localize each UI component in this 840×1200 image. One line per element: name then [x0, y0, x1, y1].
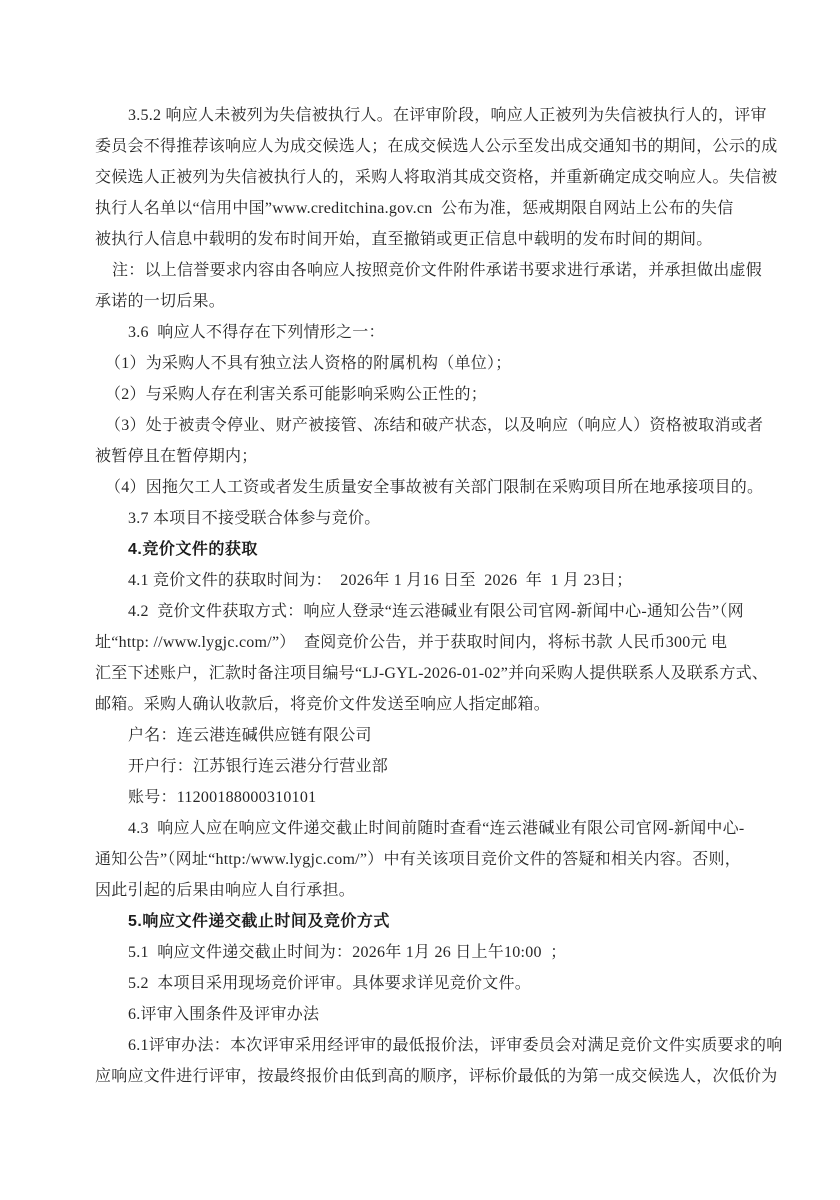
text-line: 通知公告”（网址“http:/www.lygjc.com/”）中有关该项目竞价文…	[95, 844, 744, 875]
text-line: （4）因拖欠工人工资或者发生质量安全事故被有关部门限制在采购项目所在地承接项目的…	[95, 472, 744, 503]
text-line: 应响应文件进行评审，按最终报价由低到高的顺序，评标价最低的为第一成交候选人，次低…	[95, 1061, 744, 1092]
text-line: 3.6 响应人不得存在下列情形之一：	[95, 317, 744, 348]
text-line: 6.评审入围条件及评审办法	[95, 999, 744, 1030]
text-line: 3.7 本项目不接受联合体参与竞价。	[95, 503, 744, 534]
text-line: 承诺的一切后果。	[95, 286, 744, 317]
text-line: 因此引起的后果由响应人自行承担。	[95, 875, 744, 906]
text-line: 注：以上信誉要求内容由各响应人按照竞价文件附件承诺书要求进行承诺，并承担做出虚假	[95, 255, 744, 286]
text-line: 账号：11200188000310101	[95, 782, 744, 813]
text-line: （2）与采购人存在利害关系可能影响采购公正性的；	[95, 379, 744, 410]
text-line: 委员会不得推荐该响应人为成交候选人；在成交候选人公示至发出成交通知书的期间，公示…	[95, 131, 744, 162]
text-line: 邮箱。采购人确认收款后，将竞价文件发送至响应人指定邮箱。	[95, 689, 744, 720]
text-line: 被暂停且在暂停期内；	[95, 441, 744, 472]
text-line: （1）为采购人不具有独立法人资格的附属机构（单位）；	[95, 348, 744, 379]
text-line: 执行人名单以“信用中国”www.creditchina.gov.cn 公布为准，…	[95, 193, 744, 224]
text-line: 5.1 响应文件递交截止时间为：2026年 1月 26 日上午10:00 ；	[95, 937, 744, 968]
text-line: 4.3 响应人应在响应文件递交截止时间前随时查看“连云港碱业有限公司官网-新闻中…	[95, 813, 744, 844]
text-line: 汇至下述账户，汇款时备注项目编号“LJ-GYL-2026-01-02”并向采购人…	[95, 658, 744, 689]
page-content: 3.5.2 响应人未被列为失信被执行人。在评审阶段，响应人正被列为失信被执行人的…	[95, 100, 744, 1092]
text-line: 4.2 竞价文件获取方式：响应人登录“连云港碱业有限公司官网-新闻中心-通知公告…	[95, 596, 744, 627]
text-line: 4.1 竞价文件的获取时间为： 2026年 1 月16 日至 2026 年 1 …	[95, 565, 744, 596]
text-line: 3.5.2 响应人未被列为失信被执行人。在评审阶段，响应人正被列为失信被执行人的…	[95, 100, 744, 131]
text-line: 6.1评审办法：本次评审采用经评审的最低报价法，评审委员会对满足竞价文件实质要求…	[95, 1030, 744, 1061]
section-heading-line: 4.竞价文件的获取	[95, 534, 744, 565]
text-line: 开户行：江苏银行连云港分行营业部	[95, 751, 744, 782]
text-line: 户名：连云港连碱供应链有限公司	[95, 720, 744, 751]
text-line: 被执行人信息中载明的发布时间开始，直至撤销或更正信息中载明的发布时间的期间。	[95, 224, 744, 255]
text-line: （3）处于被责令停业、财产被接管、冻结和破产状态，以及响应（响应人）资格被取消或…	[95, 410, 744, 441]
text-line: 5.2 本项目采用现场竞价评审。具体要求详见竞价文件。	[95, 968, 744, 999]
section-heading-line: 5.响应文件递交截止时间及竞价方式	[95, 906, 744, 937]
text-line: 交候选人正被列为失信被执行人的，采购人将取消其成交资格，并重新确定成交响应人。失…	[95, 162, 744, 193]
document-page: 3.5.2 响应人未被列为失信被执行人。在评审阶段，响应人正被列为失信被执行人的…	[0, 0, 840, 1200]
text-line: 址“http: //www.lygjc.com/”） 查阅竞价公告，并于获取时间…	[95, 627, 744, 658]
